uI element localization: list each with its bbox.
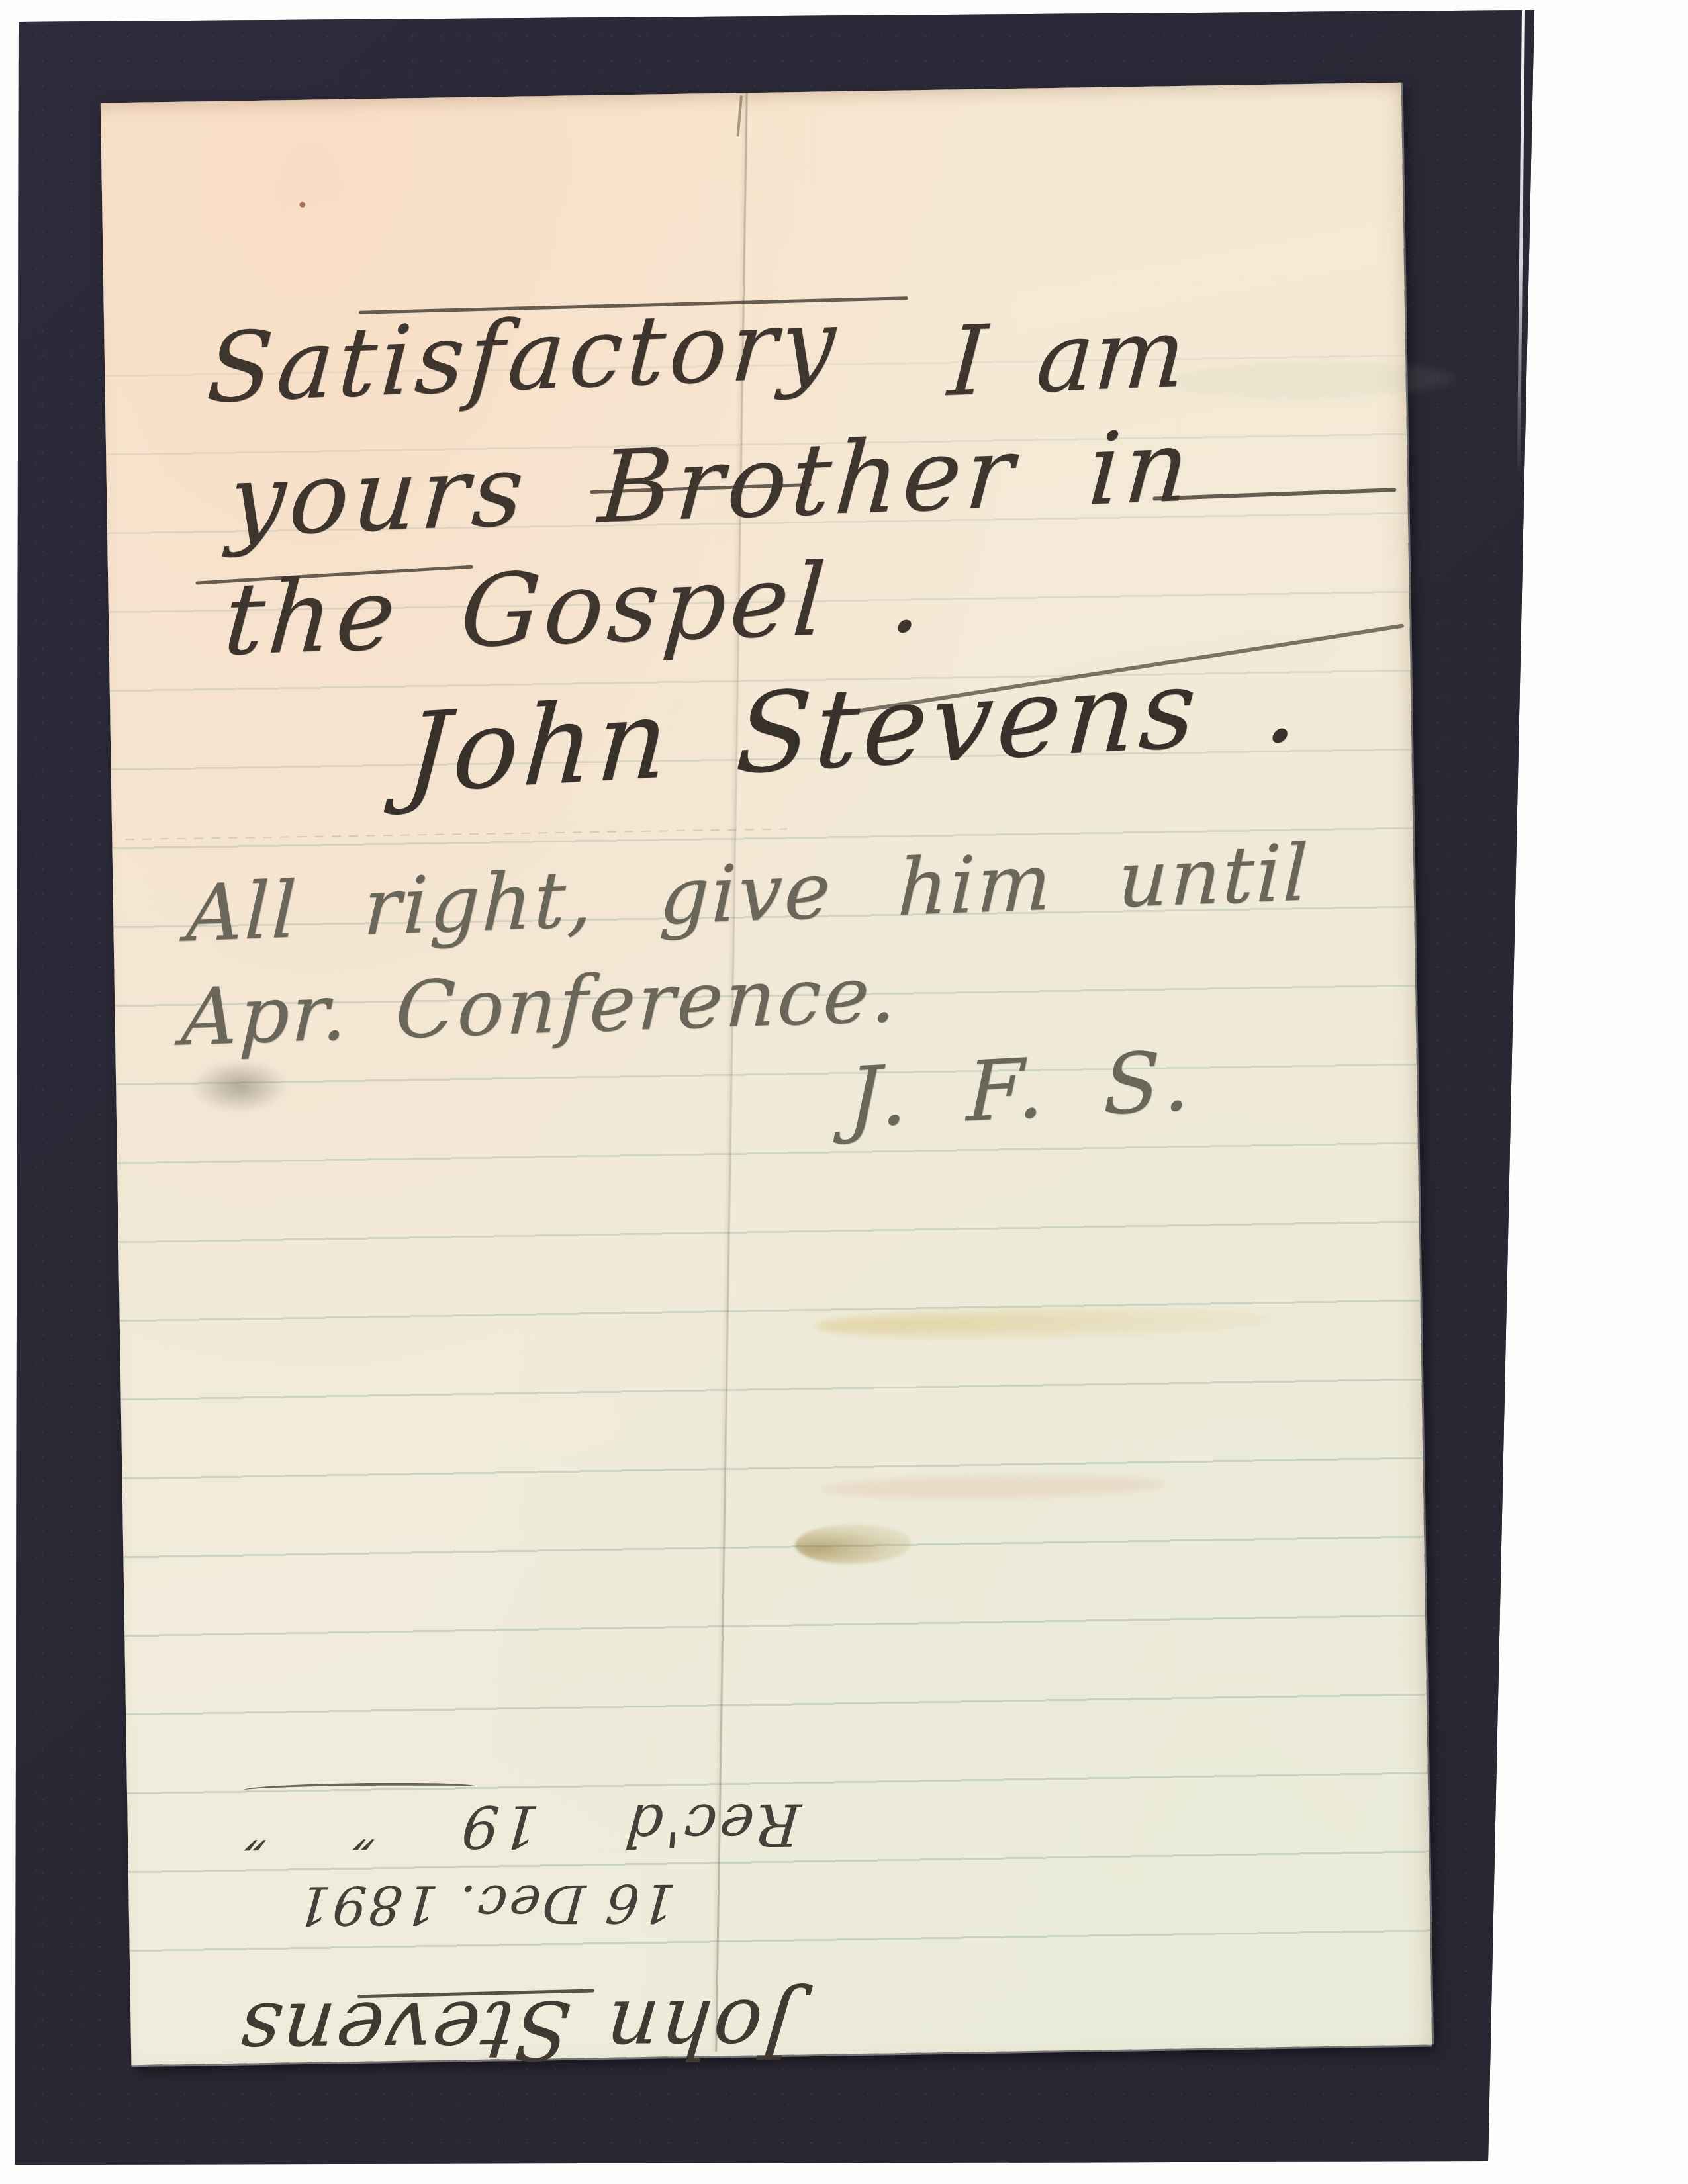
docket-received: Rec'd 19 ″ ″ [240,1795,803,1857]
top-edge-crease-mark [737,95,743,136]
letter-paper: Satisfactory I am yours Brother in the G… [101,83,1432,2065]
letter-line-i-am: I am [945,304,1188,410]
scan-page-background: Satisfactory I am yours Brother in the G… [0,0,1688,2184]
docket-block-rotated: John Stevens 16 Dec. 1891 Rec'd 19 ″ ″ [178,1782,806,2073]
letter-line-satisfactory: Satisfactory [205,295,843,417]
letter-line-the-gospel: the Gospel . [221,547,930,670]
paper-speck [299,202,305,208]
docket-date: 16 Dec. 1891 [293,1876,677,1932]
docket-name: John Stevens [234,1987,799,2072]
annotation-initials: J. F. S. [847,1039,1197,1140]
annotation-line-2: Apr. Conference. [179,954,899,1056]
